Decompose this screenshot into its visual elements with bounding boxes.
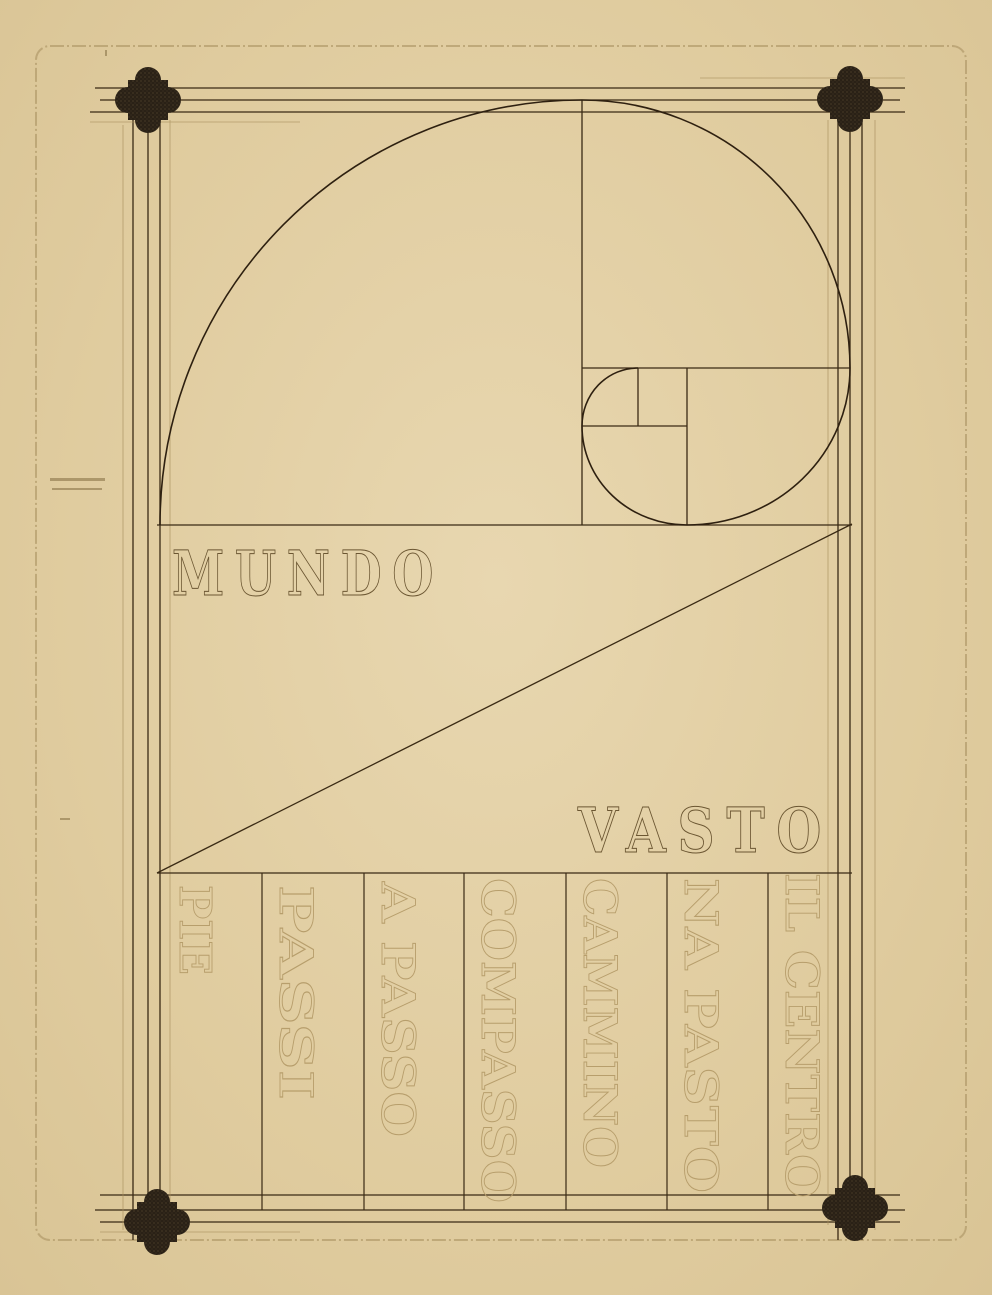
corner-ornament-top-right	[817, 66, 883, 132]
column-word-3: A PASSO	[371, 881, 425, 1137]
column-word-4: COMPASSO	[471, 878, 525, 1203]
golden-spiral	[160, 100, 850, 525]
margin-marks	[50, 50, 107, 820]
corner-ornament-top-left	[115, 67, 181, 133]
corner-ornament-bottom-left	[124, 1189, 190, 1255]
column-word-5: CAMMINO	[573, 878, 627, 1168]
corner-ornament-bottom-right	[822, 1175, 888, 1241]
title-word-vasto: VASTO	[577, 794, 833, 867]
column-word-6: NA PASTO	[674, 878, 728, 1193]
etching-sheet: MUNDO VASTO PIE PASSI A PASSO COMPASSO C…	[0, 0, 992, 1295]
etching-drawing: MUNDO VASTO PIE PASSI A PASSO COMPASSO C…	[0, 0, 992, 1295]
column-word-2: PASSI	[269, 885, 323, 1100]
column-words: PIE PASSI A PASSO COMPASSO CAMMINO NA PA…	[169, 873, 829, 1203]
column-word-7: IL CENTRO	[775, 873, 829, 1198]
title-word-mundo: MUNDO	[172, 537, 444, 610]
golden-rectangle	[157, 100, 852, 873]
column-word-1: PIE	[169, 885, 220, 975]
